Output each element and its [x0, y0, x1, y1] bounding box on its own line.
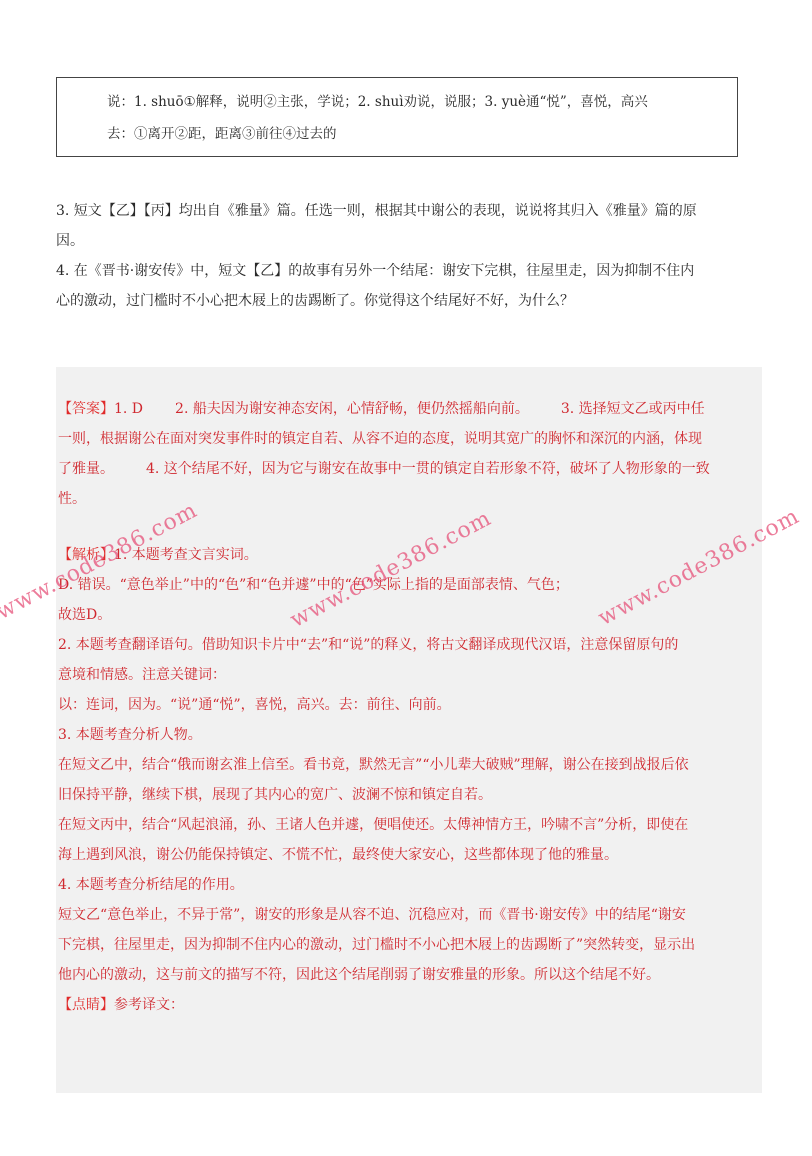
questions-section: 3. 短文【乙】【丙】均出自《雅量》篇。任选一则，根据其中谢公的表现，说说将其归… [56, 200, 768, 320]
answer-line-4: 性。 [58, 488, 768, 518]
question-3-line-1: 3. 短文【乙】【丙】均出自《雅量》篇。任选一则，根据其中谢公的表现，说说将其归… [56, 200, 768, 230]
answer-q4: 4. 这个结尾不好，因为它与谢安在故事中一贯的镇定自若形象不符，破坏了人物形象的… [146, 461, 710, 477]
answer-q3-end: 了雅量。 [58, 461, 114, 477]
answer-q1: 1. D [114, 401, 143, 417]
analysis-line-13: 短文乙“意色举止，不异于常”，谢安的形象是从容不迫、沉稳应对，而《晋书·谢安传》… [58, 904, 768, 934]
answer-section: 【答案】1. D2. 船夫因为谢安神态安闲，心情舒畅，便仍然摇船向前。3. 选择… [58, 398, 768, 518]
comment-tag: 【点睛】 [58, 997, 114, 1013]
question-4-line-1: 4. 在《晋书·谢安传》中，短文【乙】的故事有另外一个结尾：谢安下完棋，往屋里走… [56, 260, 768, 290]
answer-line-2: 一则，根据谢公在面对突发事件时的镇定自若、从容不迫的态度，说明其宽广的胸怀和深沉… [58, 428, 768, 458]
analysis-line-11: 海上遇到风浪，谢公仍能保持镇定、不慌不忙，最终使大家安心，这些都体现了他的雅量。 [58, 844, 768, 874]
analysis-line-12: 4. 本题考查分析结尾的作用。 [58, 874, 768, 904]
analysis-line-8: 在短文乙中，结合“俄而谢玄淮上信至。看书竟，默然无言”“小儿辈大破贼”理解，谢公… [58, 754, 768, 784]
analysis-line-10: 在短文丙中，结合“风起浪涌，孙、王诸人色并遽，便唱使还。太傅神情方王，吟啸不言”… [58, 814, 768, 844]
question-4-line-2: 心的激动，过门槛时不小心把木屐上的齿踢断了。你觉得这个结尾好不好，为什么？ [56, 290, 768, 320]
analysis-line-4: 2. 本题考查翻译语句。借助知识卡片中“去”和“说”的释义，将古文翻译成现代汉语… [58, 634, 768, 664]
analysis-line-3: 故选D。 [58, 604, 768, 634]
comment-text: 参考译文： [114, 997, 184, 1013]
analysis-section: 【解析】1. 本题考查文言实词。 D. 错误。“意色举止”中的“色”和“色并遽”… [58, 544, 768, 1024]
analysis-tag: 【解析】 [58, 547, 114, 563]
answer-q2: 2. 船夫因为谢安神态安闲，心情舒畅，便仍然摇船向前。 [175, 401, 529, 417]
comment-line: 【点睛】参考译文： [58, 994, 768, 1024]
analysis-line-15: 他内心的激动，这与前文的描写不符，因此这个结尾削弱了谢安雅量的形象。所以这个结尾… [58, 964, 768, 994]
knowledge-card: 说：1. shuō①解释，说明②主张，学说；2. shuì劝说，说服；3. yu… [56, 77, 738, 157]
analysis-line-1: 【解析】1. 本题考查文言实词。 [58, 544, 768, 574]
analysis-line-14: 下完棋，往屋里走，因为抑制不住内心的激动，过门槛时不小心把木屐上的齿踢断了”突然… [58, 934, 768, 964]
question-3-line-2: 因。 [56, 230, 768, 260]
answer-tag: 【答案】 [58, 401, 114, 417]
answer-q3-start: 3. 选择短文乙或丙中任 [561, 401, 705, 417]
card-line-qu: 去：①离开②距，距离③前往④过去的 [107, 123, 737, 155]
analysis-line-7: 3. 本题考查分析人物。 [58, 724, 768, 754]
analysis-line-5: 意境和情感。注意关键词： [58, 664, 768, 694]
analysis-line-6: 以：连词，因为。“说”通“悦”，喜悦，高兴。去：前往、向前。 [58, 694, 768, 724]
answer-line-3: 了雅量。4. 这个结尾不好，因为它与谢安在故事中一贯的镇定自若形象不符，破坏了人… [58, 458, 768, 488]
card-line-shuo: 说：1. shuō①解释，说明②主张，学说；2. shuì劝说，说服；3. yu… [107, 91, 737, 123]
analysis-line-2: D. 错误。“意色举止”中的“色”和“色并遽”中的“色”实际上指的是面部表情、气… [58, 574, 768, 604]
answer-line-1: 【答案】1. D2. 船夫因为谢安神态安闲，心情舒畅，便仍然摇船向前。3. 选择… [58, 398, 768, 428]
analysis-line-9: 旧保持平静，继续下棋，展现了其内心的宽广、波澜不惊和镇定自若。 [58, 784, 768, 814]
